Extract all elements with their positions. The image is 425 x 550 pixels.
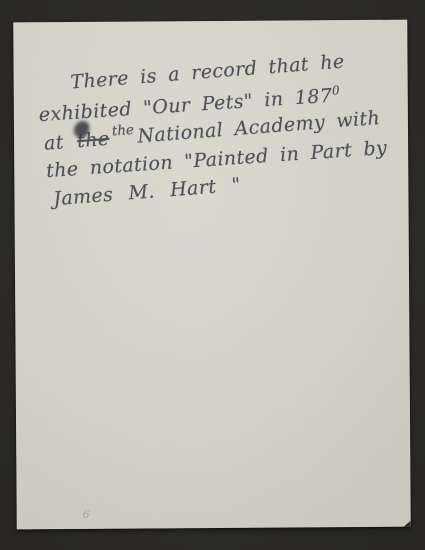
inserted-word: the (111, 122, 134, 140)
faint-pencil-mark: 6 (82, 507, 91, 521)
note-line-3-before: at (43, 131, 64, 154)
struck-out-word: the (76, 128, 110, 152)
year-superscript: 0 (331, 83, 340, 97)
photo-background: There is a record that he exhibited "Our… (0, 0, 425, 550)
note-paper: There is a record that he exhibited "Our… (13, 20, 411, 530)
corner-fold (404, 521, 411, 527)
handwritten-note: There is a record that he exhibited "Our… (36, 44, 410, 214)
